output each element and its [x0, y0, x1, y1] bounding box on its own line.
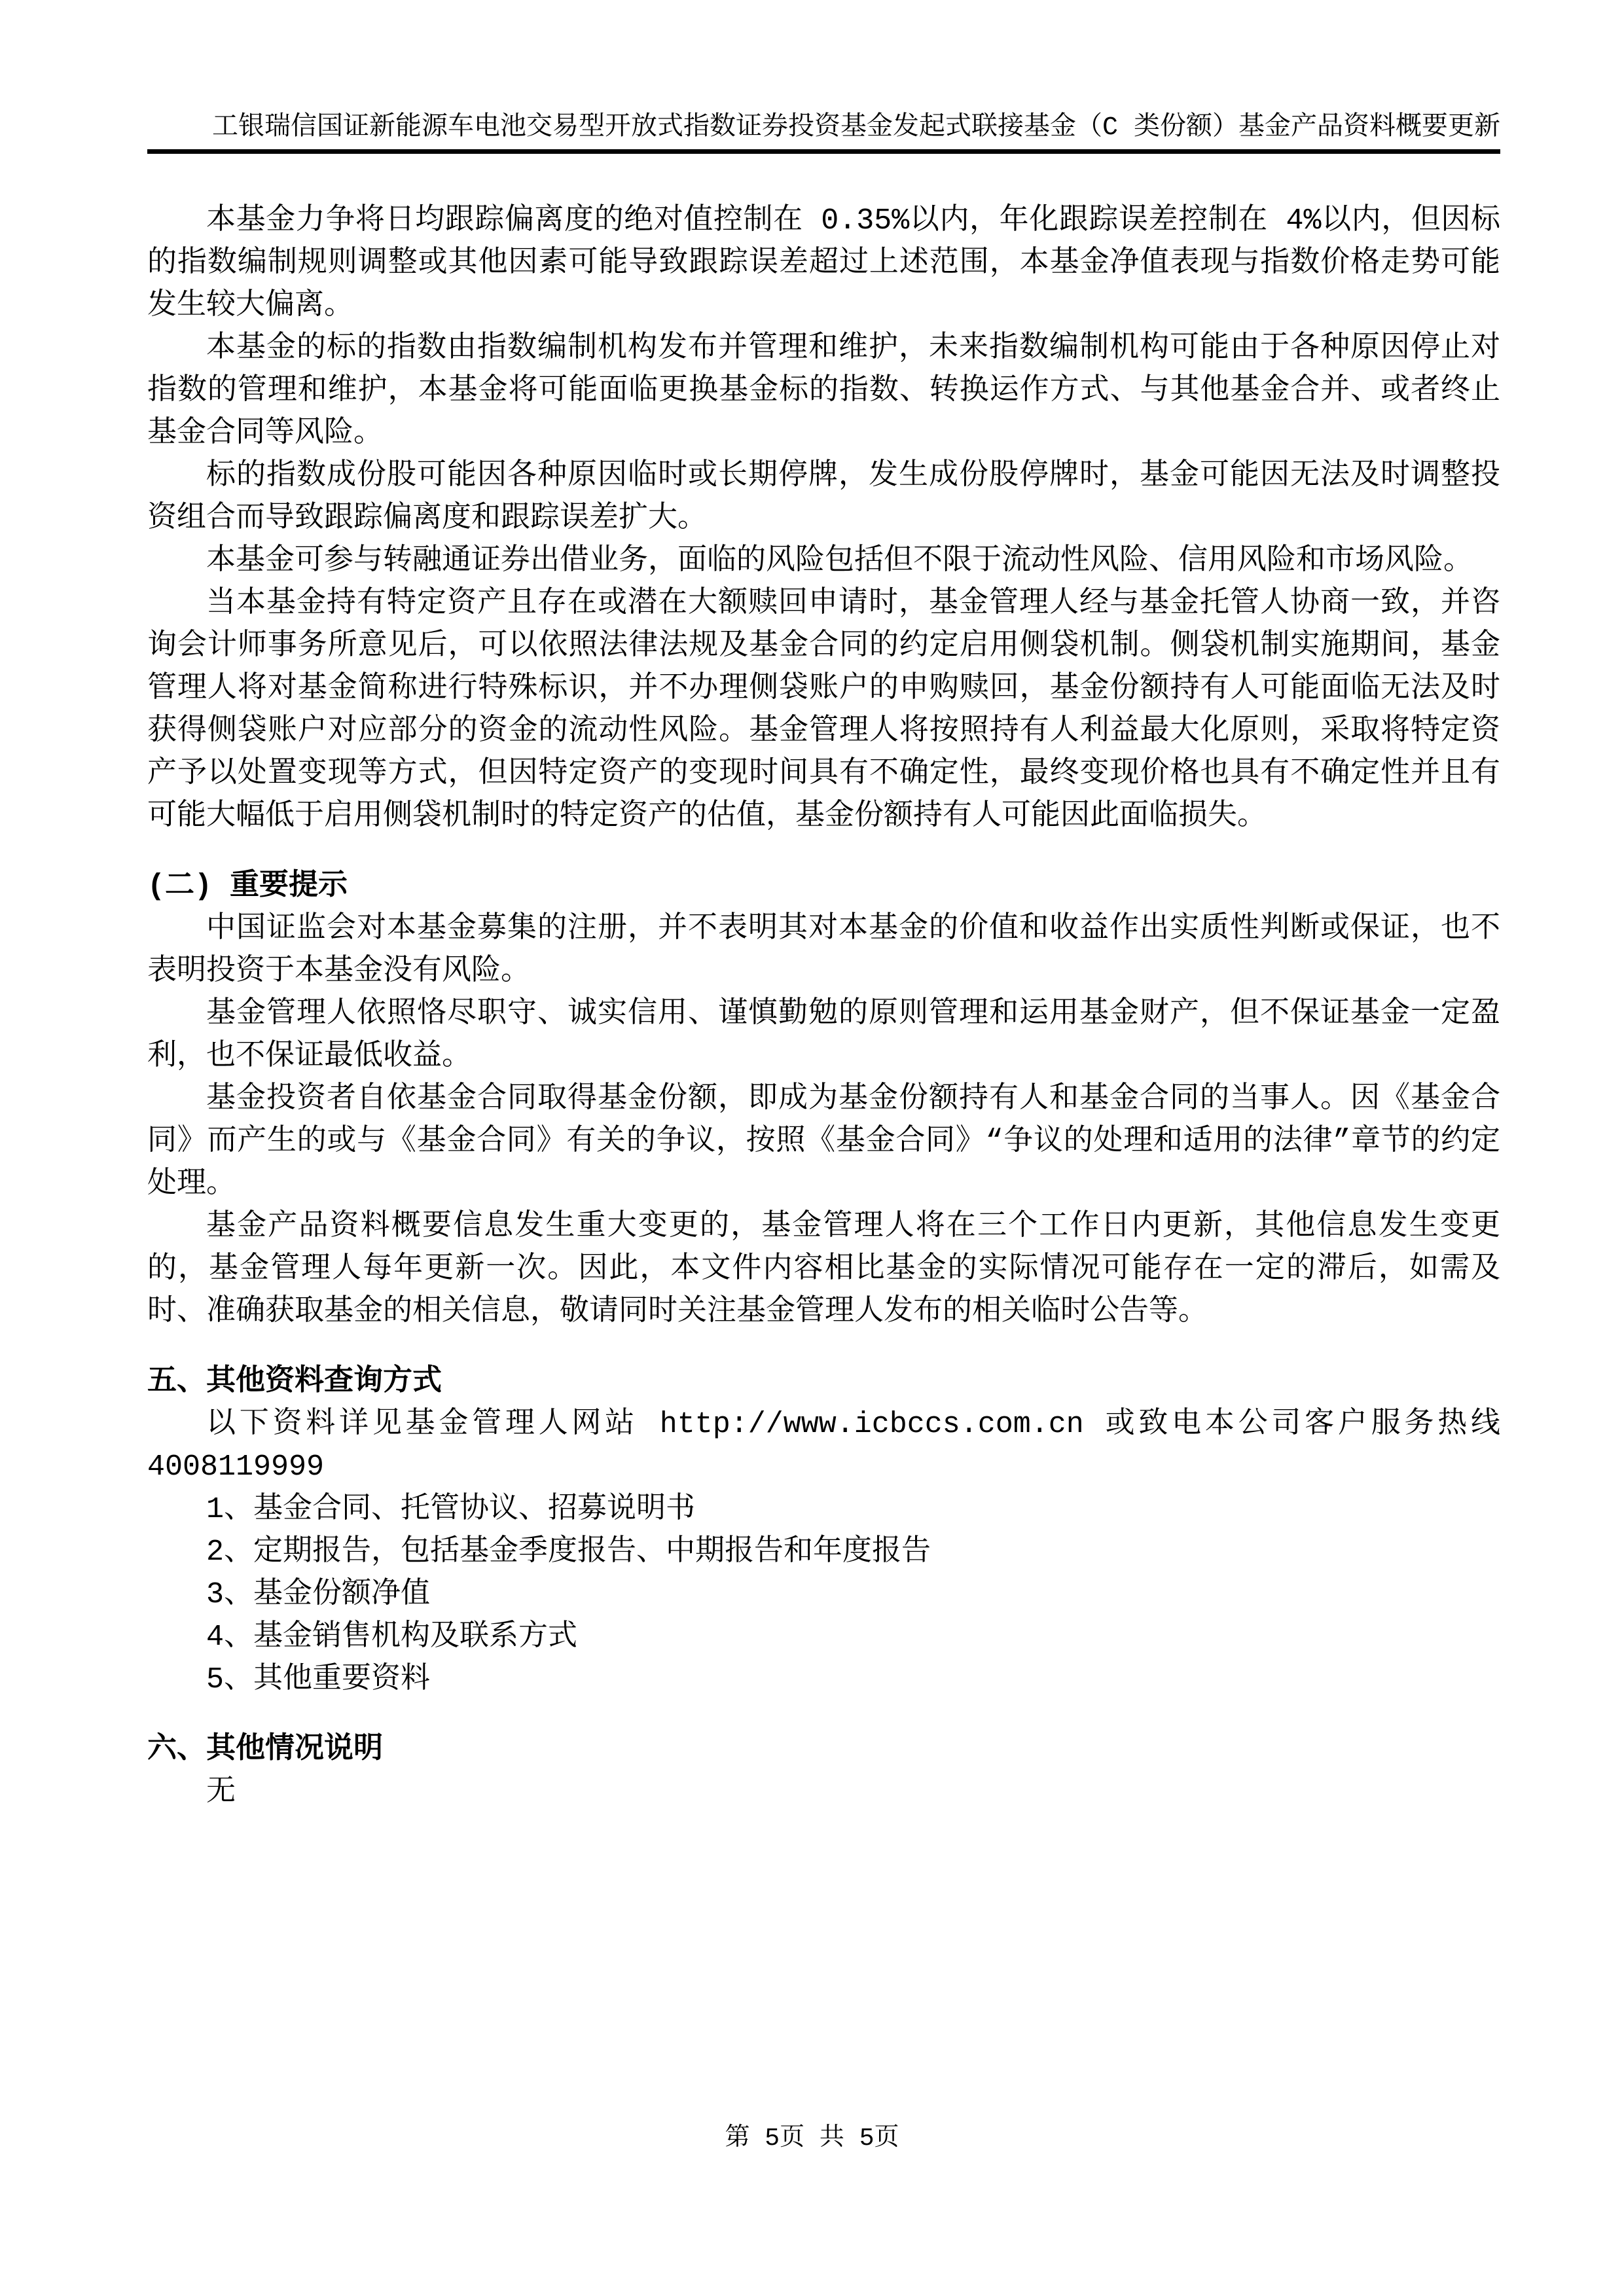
risk-paragraph-2: 本基金的标的指数由指数编制机构发布并管理和维护，未来指数编制机构可能由于各种原因… [147, 327, 1500, 455]
document-title: 工银瑞信国证新能源车电池交易型开放式指数证券投资基金发起式联接基金（C 类份额）… [147, 0, 1500, 144]
query-item-4: 4、基金销售机构及联系方式 [147, 1616, 1500, 1659]
risk-paragraph-5: 当本基金持有特定资产且存在或潜在大额赎回申请时，基金管理人经与基金托管人协商一致… [147, 583, 1500, 838]
heading-other-data-query: 五、其他资料查询方式 [147, 1361, 1500, 1403]
notice-paragraph-2: 基金管理人依照恪尽职守、诚实信用、谨慎勤勉的原则管理和运用基金财产，但不保证基金… [147, 993, 1500, 1078]
other-situation-content: 无 [147, 1771, 1500, 1814]
risk-paragraph-3: 标的指数成份股可能因各种原因临时或长期停牌，发生成份股停牌时，基金可能因无法及时… [147, 455, 1500, 540]
page-number: 第 5页 共 5页 [0, 2121, 1624, 2157]
document-page: 工银瑞信国证新能源车电池交易型开放式指数证券投资基金发起式联接基金（C 类份额）… [0, 0, 1624, 2296]
notice-paragraph-3: 基金投资者自依基金合同取得基金份额，即成为基金份额持有人和基金合同的当事人。因《… [147, 1078, 1500, 1206]
document-body: 本基金力争将日均跟踪偏离度的绝对值控制在 0.35%以内，年化跟踪误差控制在 4… [147, 154, 1500, 1814]
header-divider [147, 149, 1500, 154]
risk-paragraph-1: 本基金力争将日均跟踪偏离度的绝对值控制在 0.35%以内，年化跟踪误差控制在 4… [147, 200, 1500, 327]
query-item-3: 3、基金份额净值 [147, 1573, 1500, 1616]
risk-paragraph-4: 本基金可参与转融通证券出借业务，面临的风险包括但不限于流动性风险、信用风险和市场… [147, 540, 1500, 583]
query-item-1: 1、基金合同、托管协议、招募说明书 [147, 1488, 1500, 1531]
notice-paragraph-4: 基金产品资料概要信息发生重大变更的，基金管理人将在三个工作日内更新，其他信息发生… [147, 1206, 1500, 1333]
query-item-2: 2、定期报告，包括基金季度报告、中期报告和年度报告 [147, 1531, 1500, 1573]
heading-other-situation: 六、其他情况说明 [147, 1729, 1500, 1771]
heading-important-notice: (二) 重要提示 [147, 865, 1500, 908]
query-intro: 以下资料详见基金管理人网站 http://www.icbccs.com.cn 或… [147, 1403, 1500, 1488]
notice-paragraph-1: 中国证监会对本基金募集的注册，并不表明其对本基金的价值和收益作出实质性判断或保证… [147, 908, 1500, 993]
query-item-5: 5、其他重要资料 [147, 1659, 1500, 1701]
